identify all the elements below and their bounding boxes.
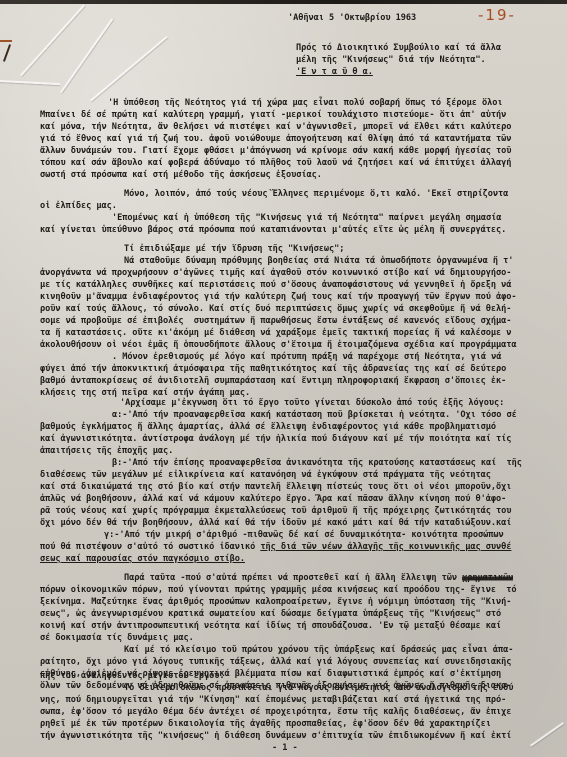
body-line: ὄχι μόνο δέν θά τήν βοηθήσουν, ἀλλά καί …	[40, 518, 511, 530]
body-line: Τί ἐπιδιώξαμε μέ τήν ἵδρυση τῆς "Κινήσεω…	[124, 244, 344, 256]
body-line-text: 'Αρχίσαμε μ'ἐκγνωση ὅτι τό ἔργο τοῦτο γί…	[120, 398, 504, 408]
body-line-text: πῆς τοῦ ἀναληφθέντος μεγίστου ἔργου.	[40, 671, 224, 681]
body-line: καί γίνεται ὑπεύθυνο βάρος στά πρόσωπα π…	[40, 225, 506, 237]
body-line: γιά τό ἔθνος καί γιά τή ζωή του. ἀφοῦ νο…	[40, 134, 511, 146]
paper-crease	[20, 4, 85, 76]
body-line: τήν ἀγωνιστικότητα τῆς "κινήσεως" ἡ διάθ…	[40, 731, 511, 743]
body-line-text: καί γίνεται ὑπεύθυνο βάρος στά πρόσωπα π…	[40, 225, 506, 235]
body-line: α:-'Από τήν προαναφερθεῖσα κακή κατάστασ…	[112, 410, 517, 422]
body-line: πόρων οἰκονομικῶν πόρων, πού γίνονται πρ…	[40, 585, 517, 597]
body-line: γ:-'Από τήν μικρή σ'ἀριθμό -πιθανῶς δέ κ…	[104, 530, 504, 542]
body-line: με τίς κατάλληλες συνθῆκες καί περιστάσε…	[40, 280, 511, 292]
body-line-text: γ:-'Από τήν μικρή σ'ἀριθμό -πιθανῶς δέ κ…	[104, 530, 504, 540]
body-line-text: ἀπαιτήσεις τῆς ἐποχῆς μας.	[40, 446, 173, 456]
body-line-text: φύγει ἀπό τήν ἀποκνικτική ἀτμόσφαιρα τῆς…	[40, 364, 506, 374]
body-line-text: ραίτητο, ὄχι μόνο γιά λόγους τυπικῆς τάξ…	[40, 657, 511, 667]
body-line-text: Μόνο, λοιπόν, ἀπό τούς νέους Ἕλληνες περ…	[124, 189, 508, 199]
body-line: ἀνοργάνωτα νά προχωρήσουν σ'ἀγῶνες τιμῆς…	[40, 268, 511, 280]
footer-page-number: - 1 -	[272, 743, 298, 755]
paper-crease	[530, 722, 564, 747]
body-line-text: καί μόνα, τήν Νεότητα, ἄν θελήσει νά πισ…	[40, 122, 511, 132]
body-line-text: οἱ ἐλπίδες μας.	[40, 201, 117, 211]
address-line: Πρός τό Διοικητικό Συμβούλιο καί τά ἄλλα	[296, 43, 501, 55]
body-line-text: καί στά δικαιώματά της στό βίο καί στήν …	[40, 482, 511, 492]
body-line: ραίτητο, ὄχι μόνο γιά λόγους τυπικῆς τάξ…	[40, 657, 511, 669]
body-line-text: κλήσεις της στή πεῖρα καί στήν ἀγάπη μας…	[40, 388, 250, 398]
body-line-text: Παρά ταῦτα -πού σ'αὐτά πρέπει νά προστεθ…	[124, 573, 462, 583]
body-line: ροῦν καί τούς ἄλλους, τό σύνολο. Καί στί…	[40, 304, 511, 316]
address-line: 'Ε ν τ α ῦ θ α.	[296, 67, 373, 79]
body-line-text: καί ἀγωνιστικότητα. ἀντίστροφα ἀνάλογη μ…	[40, 434, 511, 444]
paper-crease	[60, 18, 113, 93]
body-line: κοινή καί στήν ἀντιπροσωπευτική νεότητα …	[40, 621, 501, 633]
body-line: ρηθεῖ μέ ἐκ τῶν προτέρων δικαιολογία τῆς…	[40, 719, 491, 731]
body-line: κινηθοῦν μ'ἄναμμα ἐνδιαφέροντος γιά τήν …	[40, 292, 517, 304]
body-line: Παρά ταῦτα -πού σ'αὐτά πρέπει νά προστεθ…	[124, 573, 513, 585]
body-line: τόπου καί σάν ἄβουλο καί φοβερά ἀδύναμο …	[40, 158, 511, 170]
body-line: σωπα, ἐφ'ὅσον τό μεγάλο θέμα δέν ἀντέχει…	[40, 707, 511, 719]
body-line-text: σεως", ὡς ἀνεγνωρισμένου κρατικά σωματεί…	[40, 609, 501, 619]
body-line: φύγει ἀπό τήν ἀποκνικτική ἀτμόσφαιρα τῆς…	[40, 364, 506, 376]
body-line-text: ροῦν καί τούς ἄλλους, τό σύνολο. Καί στί…	[40, 304, 511, 314]
body-line: καί μόνα, τήν Νεότητα, ἄν θελήσει νά πισ…	[40, 122, 511, 134]
address-line: μέλη τῆς "Κινήσεως" διά τήν Νεότητα".	[296, 55, 486, 67]
body-line: ἁπλῶς νά βοηθήσουν, ἀλλά καί νά κάμουν κ…	[40, 494, 506, 506]
body-line: διαθέσεως τῶν μεγάλων μέ εἰλικρίνεια καί…	[40, 470, 491, 482]
body-line-text: β:-'Από τήν ἐπίσης προαναφερθεῖσα ἀνικαν…	[112, 458, 522, 468]
body-line-text: σωστή στά πρόσωπα καί στή μέθοδο τῆς ἀσκ…	[40, 170, 322, 180]
body-line-text: 'Επομένως καί ἡ ὑπόθεση τῆς "Κινήσεως γι…	[112, 213, 501, 223]
body-line-text: διαθέσεως τῶν μεγάλων μέ εἰλικρίνεια καί…	[40, 470, 491, 480]
body-line-text: τήν ἀγωνιστικότητα τῆς "κινήσεως" ἡ διάθ…	[40, 731, 511, 741]
body-line-text: βαθμούς ἐγκλήματος ἤ ἄλλης ἁμαρτίας, ἀλλ…	[40, 422, 496, 432]
body-line-text: ρᾶ τούς νέους καί χωρίς πρόγραμμα ἐκμετα…	[40, 506, 511, 516]
margin-mark	[3, 44, 11, 62]
body-line-text: Νά σταθοῦμε δύναμη πρόθυμης βοηθείας στά…	[124, 256, 513, 266]
underlined-text: τῆς διά τῶν νέων ἀλλαγῆς τῆς κοινωνικῆς …	[260, 542, 511, 552]
body-line-text: κινηθοῦν μ'ἄναμμα ἐνδιαφέροντος γιά τήν …	[40, 292, 517, 302]
body-line: ρᾶ τούς νέους καί χωρίς πρόγραμμα ἐκμετα…	[40, 506, 511, 518]
body-line-text: σωπα, ἐφ'ὅσον τό μεγάλο θέμα δέν ἀντέχει…	[40, 707, 511, 717]
body-line: σεως καί παρουσίας στόν παγκόσμιο στίβο.	[40, 554, 245, 566]
body-line-text: Τό δεύτερο σκέλος προστίθεται γιά λόγους…	[124, 683, 513, 693]
body-line: σομε νά προβοῦμε σέ ἐπιβολές συστημάτων …	[40, 316, 511, 328]
body-line: ξεκίνημα. Μαζεύτηκε ἕνας ἀριθμός προσώπω…	[40, 597, 511, 609]
body-line: Μπαίνει δέ σέ πρώτη καί καλύτερη γραμμή,…	[40, 110, 506, 122]
body-line: σεως", ὡς ἀνεγνωρισμένου κρατικά σωματεί…	[40, 609, 501, 621]
body-line-text: . Μόνον ἐρεθισμούς μέ λόγο καί πρότυπη π…	[112, 352, 501, 362]
body-line-text: νης, πού δημιουργεῖται γιά τήν "Κίνηση" …	[40, 695, 506, 705]
body-line-text: τα ἤ καταστάσεις. οὔτε κι'ἀκόμη μέ διάθε…	[40, 328, 511, 338]
body-line: σωστή στά πρόσωπα καί στή μέθοδο τῆς ἀσκ…	[40, 170, 322, 182]
body-line: νης, πού δημιουργεῖται γιά τήν "Κίνηση" …	[40, 695, 506, 707]
body-line-text: Τί ἐπιδιώξαμε μέ τήν ἵδρυση τῆς "Κινήσεω…	[124, 244, 344, 254]
body-line-text: σομε νά προβοῦμε σέ ἐπιβολές συστημάτων …	[40, 316, 511, 326]
dateline: 'Αθῆναι 5 'Οκτωβρίου 1963	[288, 13, 416, 25]
body-line: καί στά δικαιώματά της στό βίο καί στήν …	[40, 482, 511, 494]
paper-crease	[90, 36, 168, 102]
body-line: Μόνο, λοιπόν, ἀπό τούς νέους Ἕλληνες περ…	[124, 189, 508, 201]
body-line: . Μόνον ἐρεθισμούς μέ λόγο καί πρότυπη π…	[112, 352, 501, 364]
paper-crease	[0, 80, 60, 85]
body-line-text: ρηθεῖ μέ ἐκ τῶν προτέρων δικαιολογία τῆς…	[40, 719, 491, 729]
body-line: Τό δεύτερο σκέλος προστίθεται γιά λόγους…	[124, 683, 513, 695]
body-line: σέ δοκιμασία τίς δυνάμεις μας.	[40, 633, 194, 645]
body-line: Νά σταθοῦμε δύναμη πρόθυμης βοηθείας στά…	[124, 256, 513, 268]
body-line: τα ἤ καταστάσεις. οὔτε κι'ἀκόμη μέ διάθε…	[40, 328, 511, 340]
body-line: οἱ ἐλπίδες μας.	[40, 201, 117, 213]
body-line: καί ἀγωνιστικότητα. ἀντίστροφα ἀνάλογη μ…	[40, 434, 511, 446]
body-line: πού θά πιστέψουν σ'αὐτό τό σωστικό ἰδανι…	[40, 542, 511, 554]
body-line-text: ὄχι μόνο δέν θά τήν βοηθήσουν, ἀλλά καί …	[40, 518, 511, 528]
body-line-text: 'Η ὑπόθεση τῆς Νεότητος γιά τή χώρα μας …	[108, 98, 503, 108]
handwritten-page-number: -19-	[478, 6, 516, 24]
body-line-text: γιά τό ἔθνος καί γιά τή ζωή του. ἀφοῦ νο…	[40, 134, 511, 144]
body-line: β:-'Από τήν ἐπίσης προαναφερθεῖσα ἀνικαν…	[112, 458, 522, 470]
body-line-text: ἁπλῶς νά βοηθήσουν, ἀλλά καί νά κάμουν κ…	[40, 494, 506, 504]
body-line-text: τόπου καί σάν ἄβουλο καί φοβερά ἀδύναμο …	[40, 158, 511, 168]
body-line-text: βαθμό ἀνταποκρίσεως σέ ἀνιδιοτελῆ συμπαρ…	[40, 376, 506, 386]
body-line-text: ἀκολουθήσουν οἱ νέοι ἐμᾶς ἤ ὁπουσδήποτε …	[40, 340, 517, 350]
body-line: ἀκολουθήσουν οἱ νέοι ἐμᾶς ἤ ὁπουσδήποτε …	[40, 340, 517, 352]
body-line-text: πόρων οἰκονομικῶν πόρων, πού γίνονται πρ…	[40, 585, 517, 595]
body-line: ἀπαιτήσεις τῆς ἐποχῆς μας.	[40, 446, 173, 458]
body-line: πῆς τοῦ ἀναληφθέντος μεγίστου ἔργου.	[40, 671, 224, 683]
underlined-text: σεως καί παρουσίας στόν παγκόσμιο στίβο.	[40, 554, 245, 564]
body-line: 'Η ὑπόθεση τῆς Νεότητος γιά τή χώρα μας …	[108, 98, 503, 110]
body-line-text: πού θά πιστέψουν σ'αὐτό τό σωστικό ἰδανι…	[40, 542, 260, 552]
body-line-text: με τίς κατάλληλες συνθῆκες καί περιστάσε…	[40, 280, 511, 290]
body-line: 'Αρχίσαμε μ'ἐκγνωση ὅτι τό ἔργο τοῦτο γί…	[120, 398, 504, 410]
body-line-text: κοινή καί στήν ἀντιπροσωπευτική νεότητα …	[40, 621, 501, 631]
body-line-text: ξεκίνημα. Μαζεύτηκε ἕνας ἀριθμός προσώπω…	[40, 597, 511, 607]
typewritten-letter-page: -19- 'Αθῆναι 5 'Οκτωβρίου 1963 Πρός τό Δ…	[0, 0, 567, 757]
body-line-text: Καί μέ τό κλείσιμο τοῦ πρώτου χρόνου τῆς…	[124, 645, 513, 655]
body-line: ἄλλων δυνάμεών του. Γιατί ἔχομε φθάσει μ…	[40, 146, 511, 158]
struck-out-text: χρηματικῶν	[462, 573, 513, 583]
body-line: 'Επομένως καί ἡ ὑπόθεση τῆς "Κινήσεως γι…	[112, 213, 501, 225]
page-top-edge	[0, 0, 567, 4]
body-line: βαθμό ἀνταποκρίσεως σέ ἀνιδιοτελῆ συμπαρ…	[40, 376, 506, 388]
body-line: Καί μέ τό κλείσιμο τοῦ πρώτου χρόνου τῆς…	[124, 645, 513, 657]
body-line-text: α:-'Από τήν προαναφερθεῖσα κακή κατάστασ…	[112, 410, 517, 420]
body-line-text: ἀνοργάνωτα νά προχωρήσουν σ'ἀγῶνες τιμῆς…	[40, 268, 511, 278]
body-line-text: Μπαίνει δέ σέ πρώτη καί καλύτερη γραμμή,…	[40, 110, 506, 120]
body-line-text: ἄλλων δυνάμεών του. Γιατί ἔχομε φθάσει μ…	[40, 146, 511, 156]
body-line-text: σέ δοκιμασία τίς δυνάμεις μας.	[40, 633, 194, 643]
margin-mark	[0, 40, 12, 42]
body-line: βαθμούς ἐγκλήματος ἤ ἄλλης ἁμαρτίας, ἀλλ…	[40, 422, 496, 434]
